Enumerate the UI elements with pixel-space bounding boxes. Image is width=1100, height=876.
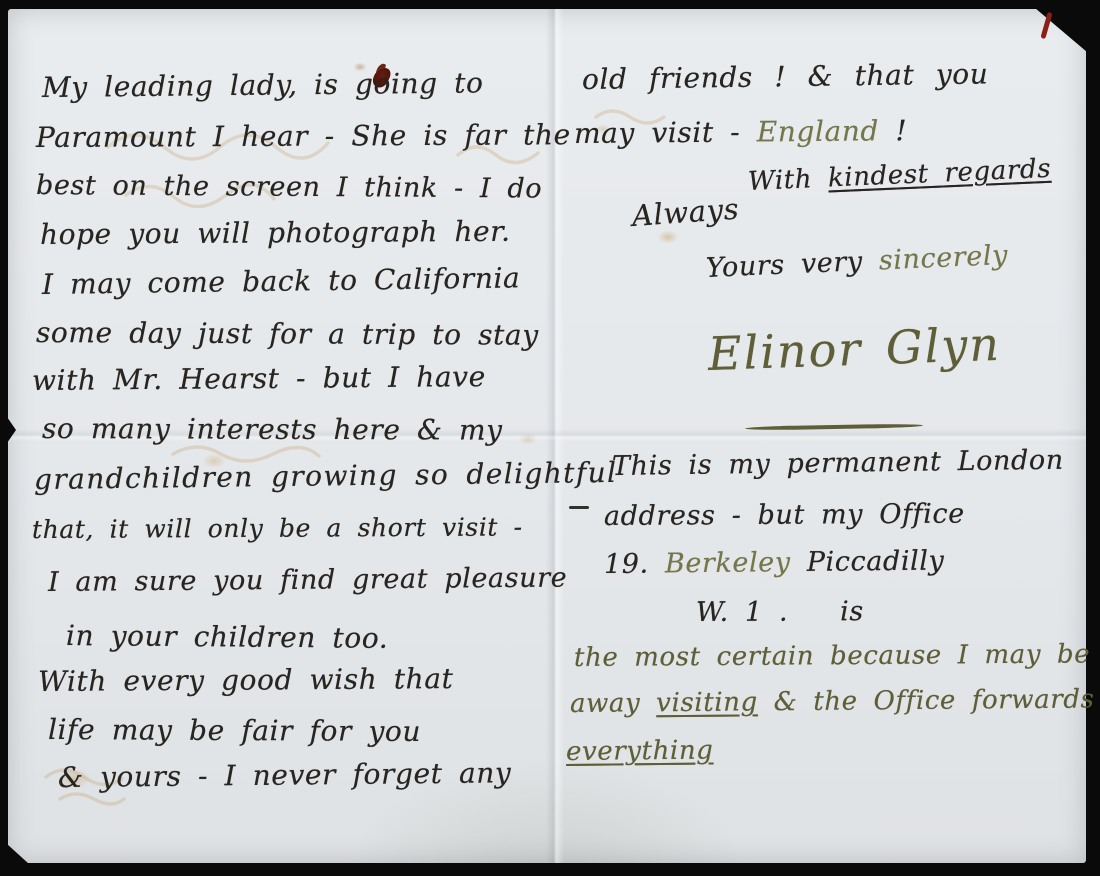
handwriting-line: with Mr. Hearst - but I have — [32, 360, 486, 397]
postscript-dash-mark — [569, 506, 589, 509]
handwriting-line: I am sure you find great pleasure — [48, 562, 567, 598]
visit-england: England — [757, 114, 879, 148]
ps-postal-code: W. 1 . — [696, 597, 788, 628]
handwriting-line: some day just for a trip to stay — [36, 316, 539, 352]
handwriting-line: address - but my Office — [604, 498, 965, 532]
handwriting-line: W. 1 .is — [696, 596, 864, 628]
ps-away-word: away — [570, 688, 656, 719]
visit-prefix: may visit - — [574, 115, 757, 150]
handwriting-line: old friends ! & that you — [582, 57, 989, 96]
handwriting-line: This is my permanent London — [612, 445, 1064, 482]
handwriting-line: may visit - England ! — [574, 114, 908, 150]
handwriting-line: that, it will only be a short visit - — [32, 512, 523, 544]
ps-address-piccadilly: Piccadilly — [790, 545, 944, 578]
handwriting-line: My leading lady, is going to — [42, 66, 484, 104]
handwriting-line: life may be fair for you — [48, 713, 421, 748]
ps-visiting-word: visiting — [656, 687, 758, 718]
handwriting-line: grandchildren growing so delightful — [34, 456, 618, 496]
closing-yours-very: Yours very — [705, 245, 879, 284]
handwriting-line: the most certain because I may be — [574, 639, 1090, 673]
handwriting-line: I may come back to California — [42, 261, 521, 301]
handwriting-line: Always — [631, 192, 740, 233]
ps-forwards-rest: & the Office forwards — [758, 684, 1095, 717]
handwriting-line: With every good wish that — [38, 662, 454, 698]
ps-is-word: is — [840, 596, 864, 627]
letter-scan: My leading lady, is going to Paramount I… — [0, 0, 1100, 876]
handwriting-line: & yours - I never forget any — [58, 756, 512, 794]
visit-bang: ! — [879, 114, 908, 147]
handwriting-line: everything — [566, 735, 714, 767]
closing-sincerely: sincerely — [878, 240, 1008, 277]
handwriting-line: Yours very sincerely — [705, 240, 1008, 284]
handwriting-line: hope you will photograph her. — [40, 215, 511, 251]
handwriting-line: 19. Berkeley Piccadilly — [604, 545, 945, 580]
signature: Elinor Glyn — [707, 317, 1002, 381]
handwriting-line: so many interests here & my — [42, 412, 503, 447]
handwriting-line: best on the screen I think - I do — [36, 170, 542, 205]
letter-paper: My leading lady, is going to Paramount I… — [8, 9, 1086, 863]
ps-address-berkeley: Berkeley — [665, 547, 791, 579]
handwriting-line: With kindest regards — [747, 154, 1051, 197]
handwriting-line: away visiting & the Office forwards — [570, 684, 1095, 719]
left-edge-notch — [7, 417, 16, 443]
handwriting-line: Paramount I hear - She is far the — [36, 118, 571, 154]
regards-kindest: kindest regards — [827, 154, 1051, 194]
regards-with: With — [747, 164, 828, 197]
cut-corner-bottom-left — [7, 844, 29, 864]
handwriting-line: in your children too. — [66, 619, 389, 655]
ps-address-number: 19. — [604, 548, 665, 580]
